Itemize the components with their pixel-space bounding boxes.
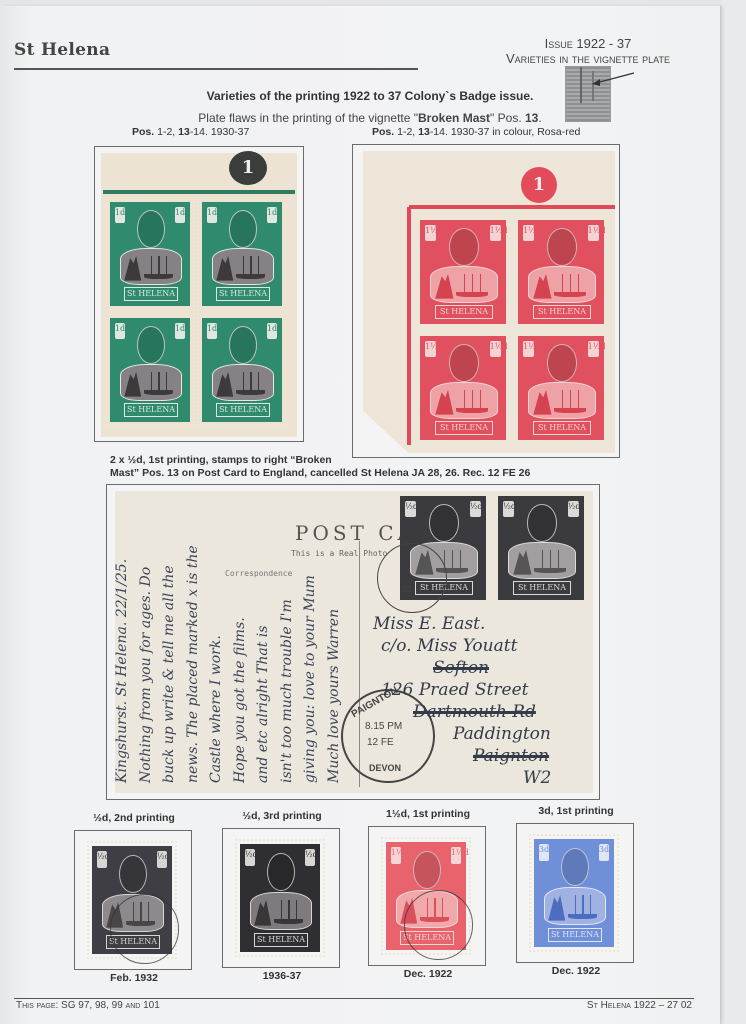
address-line-struck: Sefton — [373, 657, 551, 679]
sub-heading-text: " Pos. — [490, 111, 525, 125]
stamp-value: 1d — [207, 323, 217, 339]
stamp-value: ½d — [405, 501, 416, 517]
postcard-caption-line: Mast” Pos. 13 on Post Card to England, c… — [110, 467, 530, 480]
message-line: news. The placed marked x is the — [182, 493, 206, 783]
stamp-value: 1d — [175, 207, 185, 223]
caption-position: 13 — [418, 126, 430, 138]
cancellation-mark — [404, 890, 474, 960]
message-line: buck up write & tell me all the — [158, 493, 182, 783]
sub-heading-text: Plate flaws in the printing of the vigne… — [198, 111, 418, 125]
caption-label: Pos. — [132, 126, 154, 138]
stamp-value: 1½d — [588, 341, 599, 357]
postcard-frame: POST CA This is a Real Photo Corresponde… — [106, 484, 600, 800]
stamp-value: 1½d — [490, 225, 501, 241]
stamp-value: 1d — [267, 207, 277, 223]
stamp: 1d1dSt HELENA — [105, 197, 195, 311]
stamp-value: 1d — [207, 207, 217, 223]
message-line: Kingshurst. St Helena. 22/1/25. — [111, 493, 135, 783]
stamp-country: St HELENA — [435, 305, 492, 318]
stamp: 1½d1½dSt HELENA — [513, 215, 609, 329]
stamp: 1d1dSt HELENA — [197, 197, 287, 311]
stamp-value: ½d — [568, 501, 579, 517]
single-stamp-date: Feb. 1932 — [64, 972, 204, 984]
address-line-struck: Dartmouth Rd — [373, 701, 551, 723]
stamp-value: 1½d — [588, 225, 599, 241]
stamp: 1d1dSt HELENA — [197, 313, 287, 427]
handwritten-message: Kingshurst. St Helena. 22/1/25.Nothing f… — [111, 493, 346, 783]
plate-number: 1 — [521, 167, 557, 203]
block-caption-red: Pos. 1-2, 13-14. 1930-37 in colour, Rosa… — [372, 126, 580, 138]
stamp: 1½d1½dSt HELENA — [513, 331, 609, 445]
stamp-value: ½d — [245, 849, 255, 865]
stamp: ½d½dSt HELENA — [235, 839, 325, 957]
stamp-value: 1d — [115, 207, 125, 223]
cancellation-mark — [110, 894, 180, 964]
stamp-value: ½d — [97, 851, 107, 867]
album-page: St Helena Issue 1922 - 37 Varieties in t… — [0, 6, 721, 1024]
stamp-block-red: 1 1½d1½dSt HELENA1½d1½dSt HELENA1½d1½dSt… — [352, 144, 620, 458]
sub-heading: Plate flaws in the printing of the vigne… — [110, 111, 630, 125]
page-title: St Helena — [14, 40, 110, 60]
single-stamp-frame: ½d½dSt HELENA — [222, 828, 340, 968]
stamp-country: St HELENA — [216, 403, 269, 416]
single-stamp-frame: 1½d1½dSt HELENA — [368, 826, 486, 966]
address-line: W2 — [373, 767, 551, 789]
caption-text: 1-2, — [394, 126, 418, 138]
stamp-country: St HELENA — [533, 305, 590, 318]
stamp-value: 1d — [267, 323, 277, 339]
stamp-country: St HELENA — [513, 581, 570, 594]
stamp-value: 3d — [599, 844, 609, 860]
stamp: 1½d1½dSt HELENA — [415, 215, 511, 329]
stamp-country: St HELENA — [533, 421, 590, 434]
issue-line-1: Issue 1922 - 37 — [488, 36, 688, 51]
stamp-value: 1½d — [391, 847, 401, 863]
address-line: c/o. Miss Youatt — [373, 635, 551, 657]
stamp: 1d1dSt HELENA — [105, 313, 195, 427]
message-line: Castle where I work. — [205, 493, 229, 783]
message-line: and etc alright That is — [252, 493, 276, 783]
plate-number: 1 — [229, 151, 267, 185]
stamp-value: ½d — [503, 501, 514, 517]
block-caption-green: Pos. 1-2, 13-14. 1930-37 — [132, 126, 249, 138]
address-block: Miss E. East. c/o. Miss Youatt Sefton 12… — [373, 613, 551, 789]
single-stamp-title: ½d, 2nd printing — [64, 812, 204, 824]
sub-heading-variety: Broken Mast — [418, 111, 490, 125]
sub-heading-position: 13 — [525, 111, 538, 125]
page-edge-strip — [722, 0, 746, 1024]
main-heading: Varieties of the printing 1922 to 37 Col… — [110, 89, 630, 103]
marginal-rule — [409, 205, 615, 209]
stamp-value: 1½d — [523, 341, 534, 357]
single-stamp-date: Dec. 1922 — [506, 965, 646, 977]
stamp-country: St HELENA — [435, 421, 492, 434]
postcard: POST CA This is a Real Photo Corresponde… — [115, 491, 593, 793]
single-stamp-title: 1½d, 1st printing — [358, 808, 498, 820]
stamp-value: 1½d — [490, 341, 501, 357]
stamp-value: 1d — [115, 323, 125, 339]
stamp: 3d3dSt HELENA — [529, 834, 619, 952]
issue-line-2: Varieties in the vignette plate — [488, 51, 688, 66]
message-line: isn't too much trouble I'm — [276, 493, 300, 783]
single-stamp-frame: 3d3dSt HELENA — [516, 823, 634, 963]
stamp: ½d½dSt HELENA — [493, 491, 589, 605]
postcard-caption: 2 x ½d, 1st printing, stamps to right “B… — [110, 454, 530, 480]
message-line: giving you: love to your Mum — [299, 493, 323, 783]
single-stamp-date: 1936-37 — [212, 970, 352, 982]
footer-right: St Helena 1922 – 27 02 — [540, 1000, 692, 1011]
postcard-caption-line: 2 x ½d, 1st printing, stamps to right “B… — [110, 454, 530, 467]
pointer-arrow-icon — [590, 70, 636, 90]
stamp-country: St HELENA — [124, 287, 177, 300]
stamp-country: St HELENA — [124, 403, 177, 416]
stamp-country: St HELENA — [548, 928, 601, 942]
stamp-value: ½d — [157, 851, 167, 867]
single-stamp-title: 3d, 1st printing — [506, 805, 646, 817]
stamp-block-green: 1 1d1dSt HELENA1d1dSt HELENA1d1dSt HELEN… — [94, 146, 304, 442]
message-line: Nothing from you for ages. Do — [135, 493, 159, 783]
stamp-country: St HELENA — [254, 933, 307, 947]
stamp-value: 3d — [539, 844, 549, 860]
footer-rule — [14, 998, 694, 999]
stamp-country: St HELENA — [216, 287, 269, 300]
stamp-value: ½d — [470, 501, 481, 517]
stamp: 1½d1½dSt HELENA — [415, 331, 511, 445]
message-line: Hope you got the films. — [229, 493, 253, 783]
stamp-value: 1½d — [425, 225, 436, 241]
address-line-struck: Paignton — [373, 745, 551, 767]
footer-left: This page: SG 97, 98, 99 and 101 — [16, 1000, 160, 1011]
stamp-value: 1½d — [523, 225, 534, 241]
postmark-date: 28 — [402, 584, 412, 594]
caption-position: 13 — [178, 126, 190, 138]
marginal-rule — [103, 190, 295, 194]
stamp-value: ½d — [305, 849, 315, 865]
single-stamp-title: ½d, 3rd printing — [212, 810, 352, 822]
single-stamp-frame: ½d½dSt HELENA — [74, 830, 192, 970]
caption-text: 1-2, — [154, 126, 178, 138]
address-line: Miss E. East. — [373, 613, 551, 635]
sub-heading-text: . — [538, 111, 541, 125]
marginal-rule — [407, 207, 411, 445]
header-rule — [14, 68, 418, 70]
caption-text: -14. 1930-37 — [190, 126, 250, 138]
issue-heading: Issue 1922 - 37 Varieties in the vignett… — [488, 36, 688, 66]
single-stamp-date: Dec. 1922 — [358, 968, 498, 980]
stamp-value: 1½d — [425, 341, 436, 357]
postmark-st-helena: 28 — [377, 543, 447, 613]
caption-label: Pos. — [372, 126, 394, 138]
stamp-value: 1d — [175, 323, 185, 339]
address-line: 126 Praed Street — [373, 679, 551, 701]
caption-text: -14. 1930-37 in colour, Rosa-red — [430, 126, 581, 138]
stamp-value: 1½d — [451, 847, 461, 863]
address-line: Paddington — [373, 723, 551, 745]
